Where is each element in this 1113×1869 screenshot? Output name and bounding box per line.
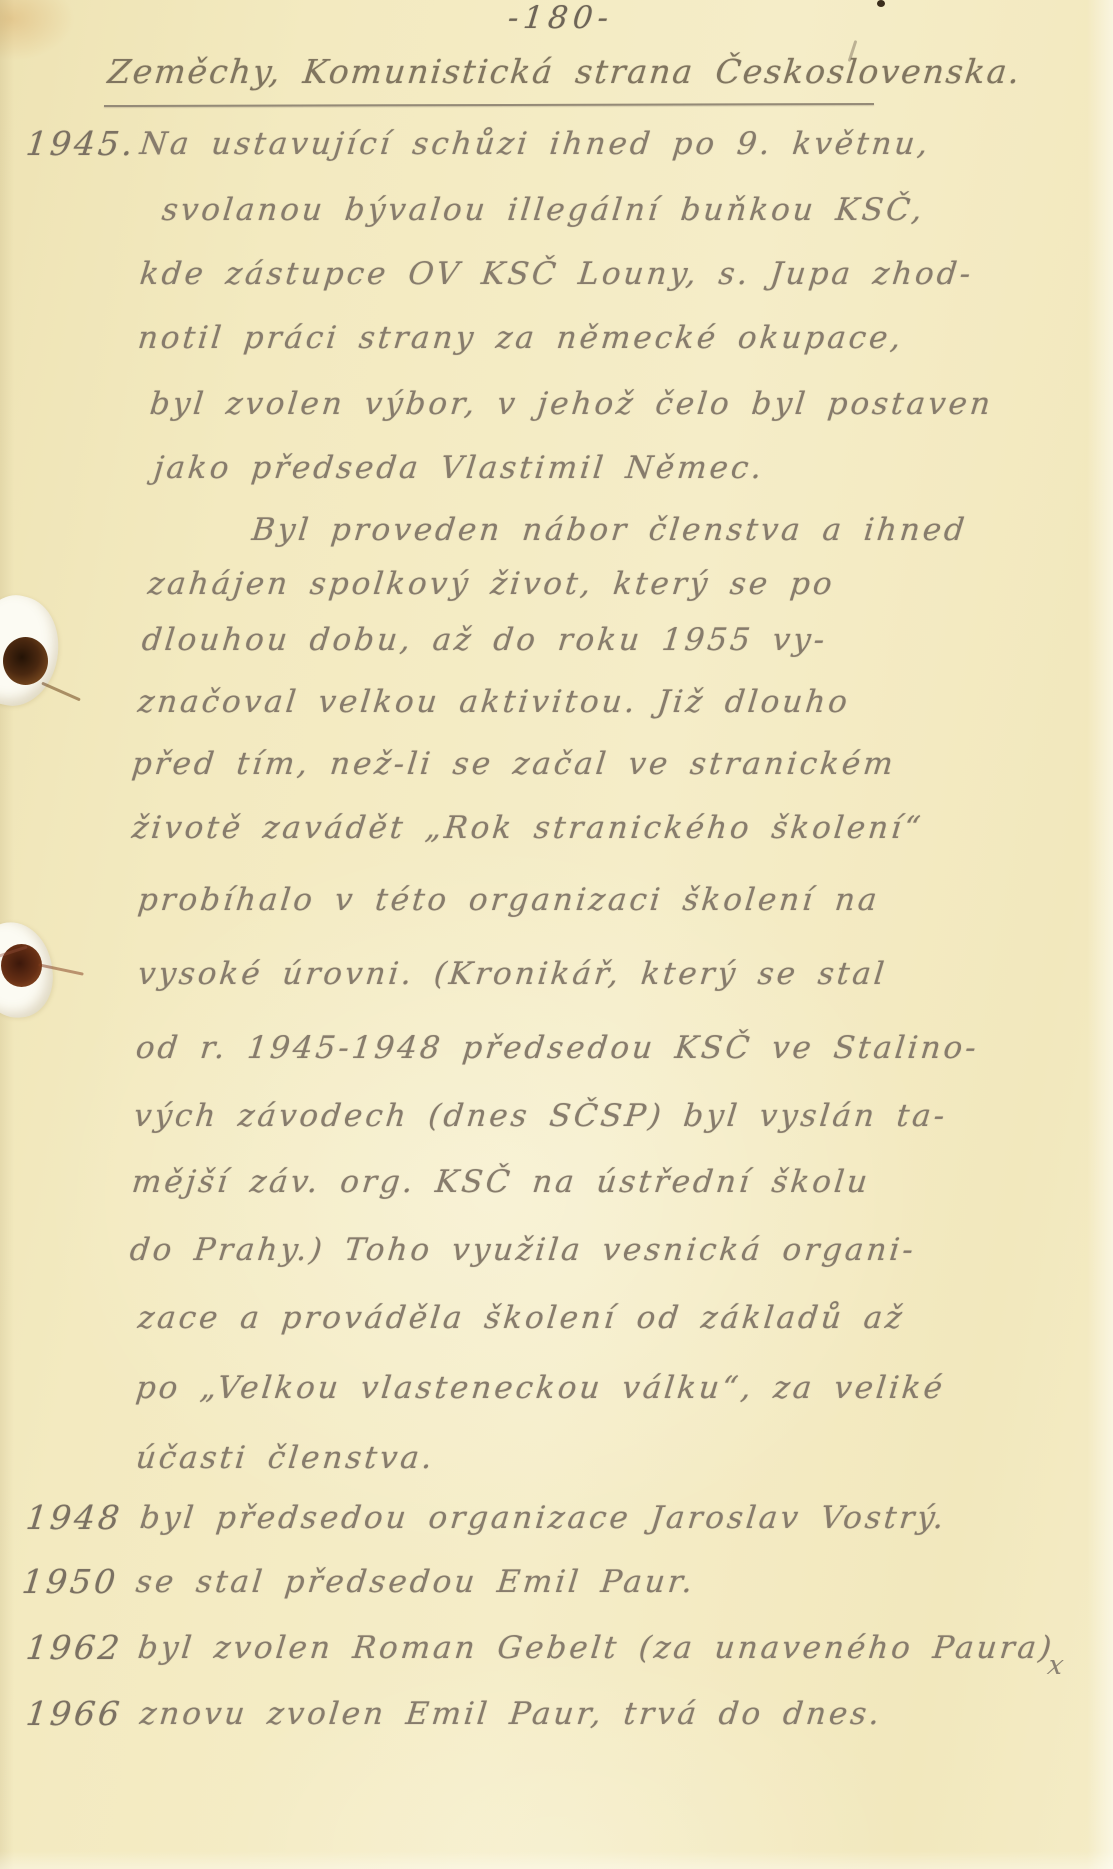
text-line: Byl proveden nábor členstva a ihned [250,512,969,548]
text-line: značoval velkou aktivitou. Již dlouho [136,684,852,720]
paper-edge-bottom [0,1851,1113,1869]
text-line: životě zavádět „Rok stranického školení“ [130,810,925,846]
line-text: Na ustavující schůzi ihned po 9. květnu, [138,126,932,162]
paper-crack [41,682,81,702]
year-label: 1966 [24,1694,124,1733]
page-number: -180- [506,0,615,36]
text-line: byl zvolen výbor, v jehož čelo byl posta… [148,386,995,422]
page-title: Zeměchy, Komunistická strana Českosloven… [106,52,1023,91]
text-line: dlouhou dobu, až do roku 1955 vy- [140,622,829,658]
text-line: zace a prováděla školení od základů až [136,1300,906,1336]
punch-hole-top [3,637,48,685]
line-text: byl zvolen Roman Gebelt (za unaveného Pa… [136,1630,1056,1666]
text-line: po „Velkou vlasteneckou válku“, za velik… [134,1370,947,1406]
text-line: vých závodech (dnes SČSP) byl vyslán ta- [132,1098,949,1134]
ink-spot [877,0,885,7]
text-line: od r. 1945-1948 předsedou KSČ ve Stalino… [134,1030,981,1066]
text-line: zahájen spolkový život, který se po [146,566,836,602]
year-label: 1948 [24,1498,124,1537]
text-line: jako předseda Vlastimil Němec. [152,450,766,486]
text-line: do Prahy.) Toho využila vesnická organi- [128,1232,918,1268]
text-line: účasti členstva. [134,1440,437,1476]
punch-hole-bottom [1,944,42,987]
text-line: kde zástupce OV KSČ Louny, s. Jupa zhod- [138,256,975,292]
paper-edge-right [1087,0,1113,1869]
title-underline [104,103,874,107]
line-text: se stal předsedou Emil Paur. [134,1564,697,1600]
text-line: svolanou bývalou illegální buňkou KSČ, [160,192,926,228]
year-label: 1945. [24,124,138,163]
text-line: před tím, než-li se začal ve stranickém [130,746,897,782]
line-text: byl předsedou organizace Jaroslav Vostrý… [138,1500,948,1536]
line-text: znovu zvolen Emil Paur, trvá do dnes. [138,1696,884,1732]
text-line: probíhalo v této organizaci školení na [136,882,881,918]
text-line: vysoké úrovni. (Kronikář, který se stal [136,956,889,992]
year-label: 1962 [24,1628,124,1667]
chronicle-page: -180- Zeměchy, Komunistická strana Česko… [0,0,1113,1869]
text-line: notil práci strany za německé okupace, [136,320,905,356]
year-label: 1950 [20,1562,120,1601]
text-line: mější záv. org. KSČ na ústřední školu [130,1164,872,1200]
